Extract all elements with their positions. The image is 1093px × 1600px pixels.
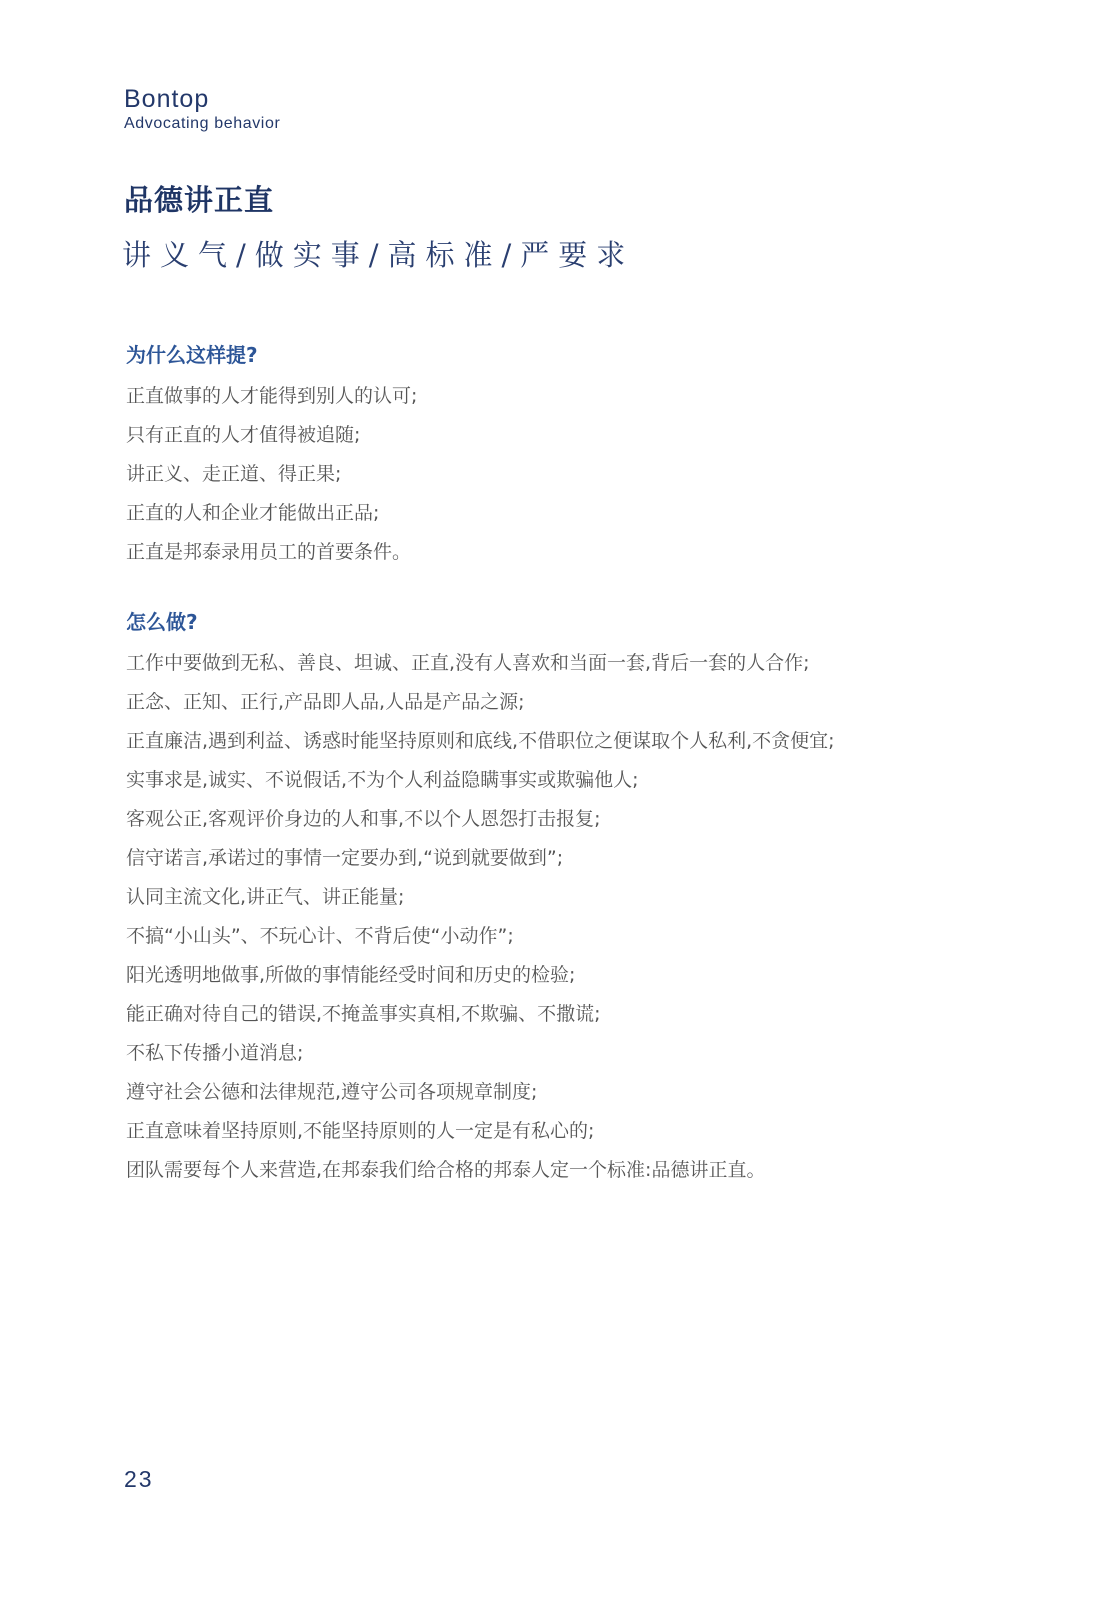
list-item: 不私下传播小道消息; <box>126 1034 835 1073</box>
list-item: 讲正义、走正道、得正果; <box>126 455 417 494</box>
list-item: 只有正直的人才值得被追随; <box>126 416 417 455</box>
list-item: 实事求是,诚实、不说假话,不为个人利益隐瞒事实或欺骗他人; <box>126 761 835 800</box>
section-why: 为什么这样提? 正直做事的人才能得到别人的认可; 只有正直的人才值得被追随; 讲… <box>126 342 417 572</box>
list-item: 认同主流文化,讲正气、讲正能量; <box>126 878 835 917</box>
list-item: 能正确对待自己的错误,不掩盖事实真相,不欺骗、不撒谎; <box>126 995 835 1034</box>
list-item: 正直做事的人才能得到别人的认可; <box>126 377 417 416</box>
list-item: 团队需要每个人来营造,在邦泰我们给合格的邦泰人定一个标准:品德讲正直。 <box>126 1151 835 1190</box>
section-heading: 怎么做? <box>126 609 835 635</box>
section-heading: 为什么这样提? <box>126 342 417 368</box>
brand-tagline: Advocating behavior <box>124 114 280 134</box>
list-item: 信守诺言,承诺过的事情一定要办到,“说到就要做到”; <box>126 839 835 878</box>
section-how: 怎么做? 工作中要做到无私、善良、坦诚、正直,没有人喜欢和当面一套,背后一套的人… <box>126 609 835 1190</box>
page-subtitle: 讲义气/做实事/高标准/严要求 <box>122 236 634 274</box>
reason-list: 正直做事的人才能得到别人的认可; 只有正直的人才值得被追随; 讲正义、走正道、得… <box>126 377 417 572</box>
list-item: 遵守社会公德和法律规范,遵守公司各项规章制度; <box>126 1073 835 1112</box>
list-item: 客观公正,客观评价身边的人和事,不以个人恩怨打击报复; <box>126 800 835 839</box>
list-item: 不搞“小山头”、不玩心计、不背后使“小动作”; <box>126 917 835 956</box>
page-number: 23 <box>124 1466 154 1492</box>
brand-header: Bontop Advocating behavior <box>124 84 280 134</box>
list-item: 正直的人和企业才能做出正品; <box>126 494 417 533</box>
brand-name: Bontop <box>124 84 280 114</box>
list-item: 阳光透明地做事,所做的事情能经受时间和历史的检验; <box>126 956 835 995</box>
list-item: 正直廉洁,遇到利益、诱惑时能坚持原则和底线,不借职位之便谋取个人私利,不贪便宜; <box>126 722 835 761</box>
list-item: 正直是邦泰录用员工的首要条件。 <box>126 533 417 572</box>
list-item: 正念、正知、正行,产品即人品,人品是产品之源; <box>126 683 835 722</box>
list-item: 正直意味着坚持原则,不能坚持原则的人一定是有私心的; <box>126 1112 835 1151</box>
page-title: 品德讲正直 <box>124 182 274 218</box>
list-item: 工作中要做到无私、善良、坦诚、正直,没有人喜欢和当面一套,背后一套的人合作; <box>126 644 835 683</box>
action-list: 工作中要做到无私、善良、坦诚、正直,没有人喜欢和当面一套,背后一套的人合作; 正… <box>126 644 835 1190</box>
